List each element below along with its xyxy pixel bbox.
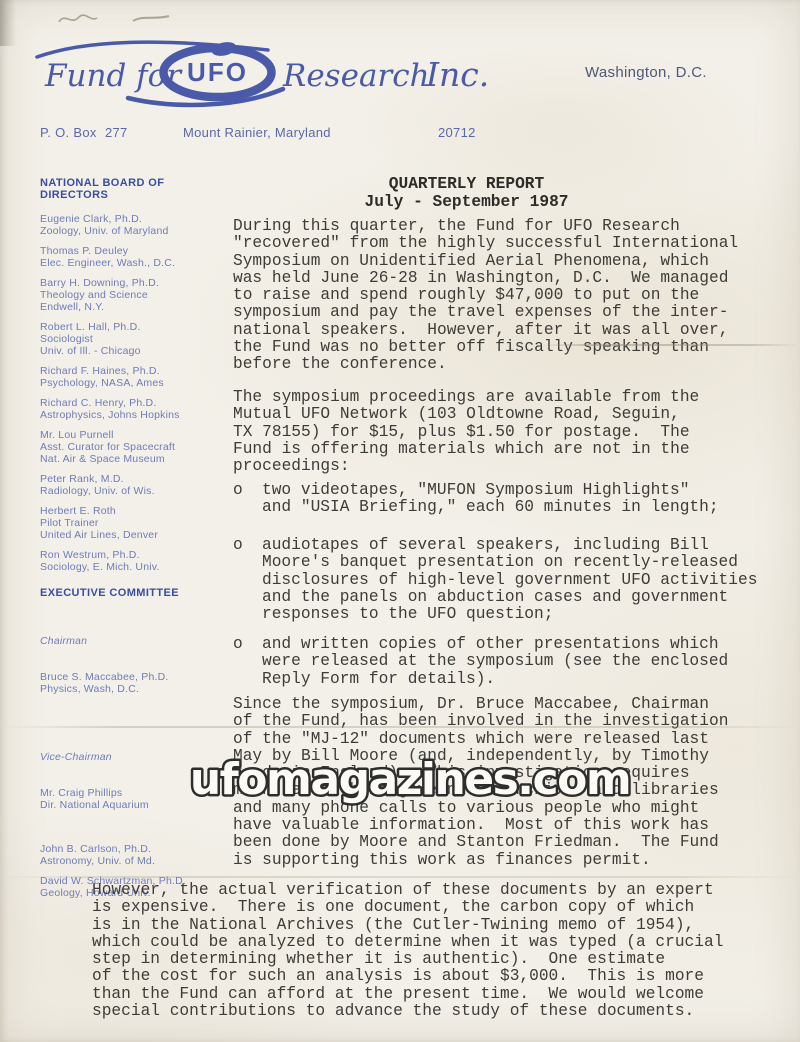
- board-member: Richard F. Haines, Ph.D. Psychology, NAS…: [40, 365, 235, 389]
- board-of-directors-title: NATIONAL BOARD OF DIRECTORS: [40, 177, 235, 201]
- report-title-line2: July - September 1987: [365, 193, 569, 211]
- fund-for-ufo-research-logo: Fund for UFO Research Inc.: [20, 30, 500, 112]
- location-label: Washington, D.C.: [585, 64, 707, 81]
- bullet-text: two videotapes, "MUFON Symposium Highlig…: [262, 482, 719, 517]
- bullet-text: and written copies of other presentation…: [262, 636, 728, 688]
- watermark: ufomagazines.com: [165, 742, 655, 822]
- zip-code: 20712: [438, 125, 476, 140]
- paragraph-recovered: During this quarter, the Fund for UFO Re…: [233, 218, 738, 374]
- committee-member: Chairman Bruce S. Maccabee, Ph.D. Physic…: [40, 611, 235, 719]
- bullet-marker: o: [233, 636, 262, 688]
- logo-orbit-ellipse: [210, 40, 237, 58]
- scan-edge-smudge: [0, 0, 16, 46]
- board-member: Thomas P. Deuley Elec. Engineer, Wash., …: [40, 245, 235, 269]
- logo-text-fund-for: Fund for: [44, 58, 183, 94]
- board-member: Richard C. Henry, Ph.D. Astrophysics, Jo…: [40, 397, 235, 421]
- board-member: Herbert E. Roth Pilot Trainer United Air…: [40, 505, 235, 541]
- bullet-item-audiotapes: o audiotapes of several speakers, includ…: [233, 537, 757, 623]
- bullet-text: audiotapes of several speakers, includin…: [262, 537, 757, 623]
- board-member: Eugenie Clark, Ph.D. Zoology, Univ. of M…: [40, 213, 235, 237]
- logo-text-inc: Inc.: [425, 55, 489, 94]
- city-state: Mount Rainier, Maryland: [183, 125, 331, 140]
- board-member: Barry H. Downing, Ph.D. Theology and Sci…: [40, 277, 235, 313]
- paragraph-verification: However, the actual verification of thes…: [92, 882, 723, 1020]
- po-box-label: P. O. Box: [40, 125, 97, 140]
- board-member: Peter Rank, M.D. Radiology, Univ. of Wis…: [40, 473, 235, 497]
- bullet-item-written-copies: o and written copies of other presentati…: [233, 636, 728, 688]
- bullet-marker: o: [233, 537, 262, 623]
- committee-role: Chairman: [40, 635, 235, 647]
- board-member: Mr. Lou Purnell Asst. Curator for Spacec…: [40, 429, 235, 465]
- scanned-letter-page: Fund for UFO Research Inc. Washington, D…: [0, 0, 800, 1042]
- bullet-item-videotapes: o two videotapes, "MUFON Symposium Highl…: [233, 482, 719, 517]
- logo-text-ufo: UFO: [187, 57, 248, 87]
- paragraph-proceedings: The symposium proceedings are available …: [233, 389, 699, 475]
- committee-member: John B. Carlson, Ph.D. Astronomy, Univ. …: [40, 843, 235, 867]
- executive-committee-title: EXECUTIVE COMMITTEE: [40, 587, 235, 599]
- board-member: Ron Westrum, Ph.D. Sociology, E. Mich. U…: [40, 549, 235, 573]
- watermark-text: ufomagazines.com: [190, 754, 630, 805]
- committee-member-text: Bruce S. Maccabee, Ph.D. Physics, Wash, …: [40, 671, 235, 695]
- po-box-number: 277: [105, 125, 128, 140]
- logo-text-research: Research: [282, 58, 430, 94]
- report-title: QUARTERLY REPORT July - September 1987: [233, 176, 700, 211]
- report-title-line1: QUARTERLY REPORT: [389, 175, 544, 193]
- bullet-marker: o: [233, 482, 262, 517]
- board-member: Robert L. Hall, Ph.D. Sociologist Univ. …: [40, 321, 235, 357]
